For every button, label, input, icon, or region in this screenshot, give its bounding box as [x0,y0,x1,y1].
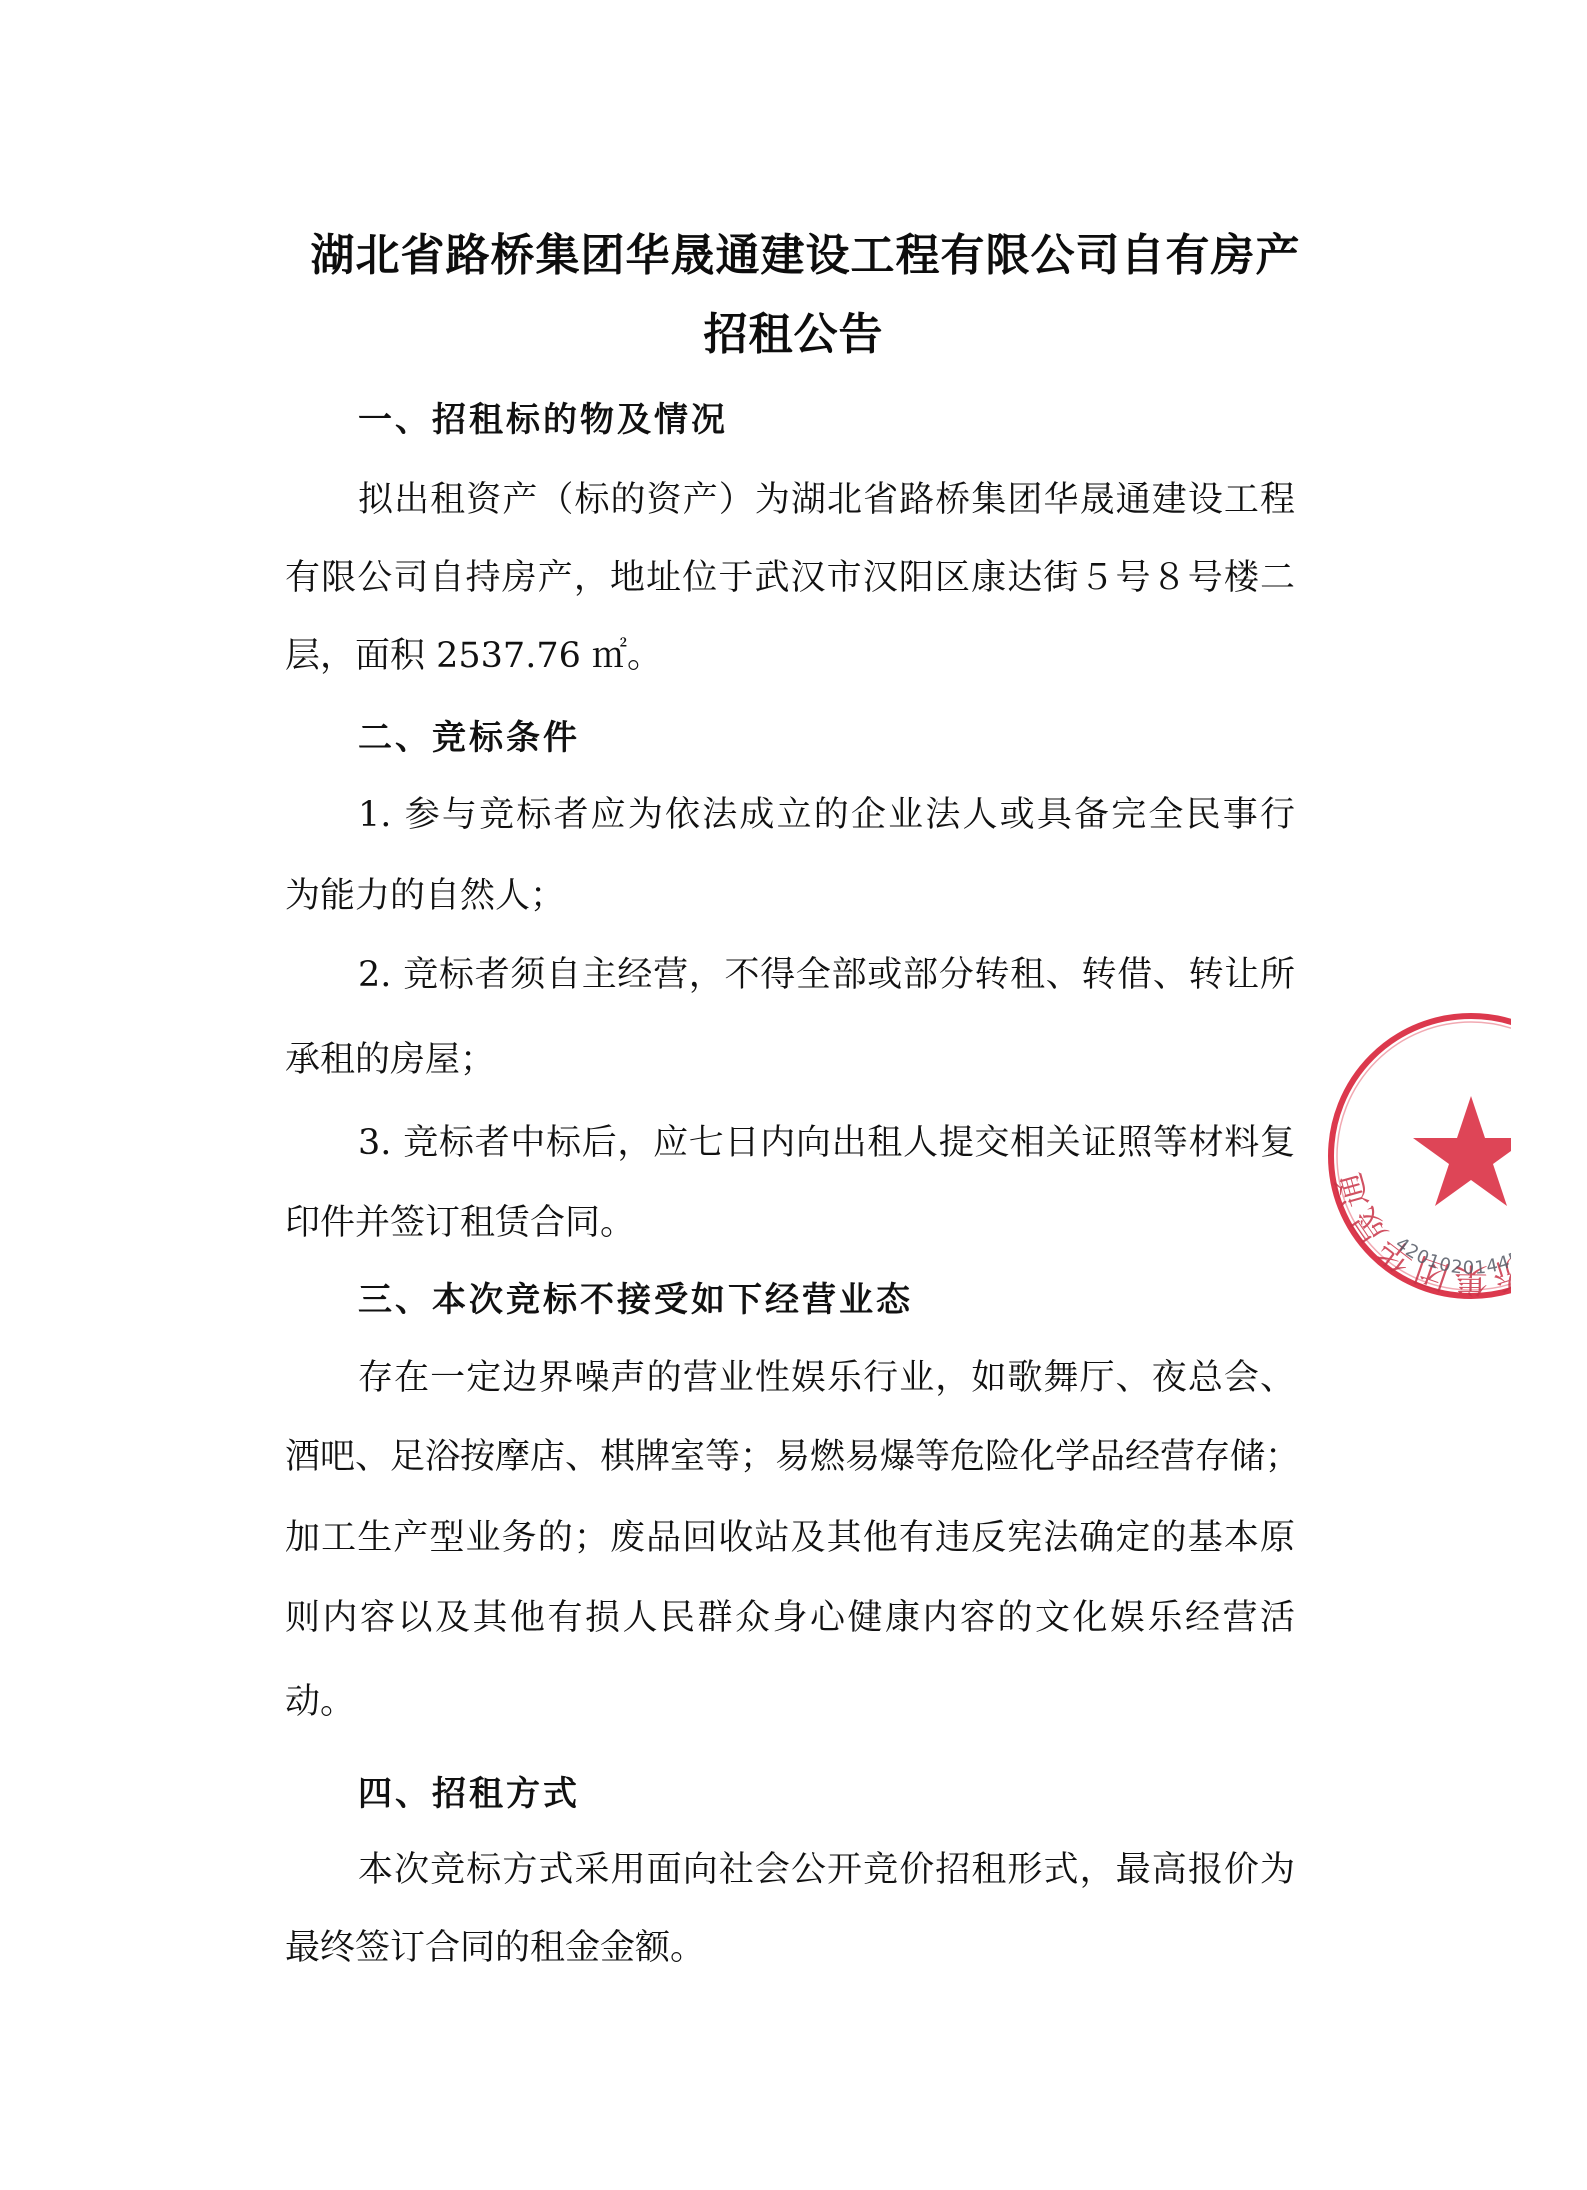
document-subtitle: 招租公告 [0,305,1587,365]
paragraph-line: 则内容以及其他有损人民群众身心健康内容的文化娱乐经营活 [285,1588,1295,1648]
paragraph-line: 3. 竞标者中标后，应七日内向出租人提交相关证照等材料复 [358,1113,1295,1173]
section-heading-2: 二、竞标条件 [358,708,1295,768]
paragraph-line: 本次竞标方式采用面向社会公开竞价招租形式，最高报价为 [358,1840,1295,1900]
document-page: 湖北省路桥集团华晟通建设工程有限公司自有房产 招租公告 一、招租标的物及情况 拟… [0,0,1587,2190]
svg-text:42010201445: 42010201445 [1391,1233,1511,1278]
paragraph-line: 最终签订合同的租金金额。 [285,1918,1295,1978]
section-heading-1: 一、招租标的物及情况 [358,390,1295,450]
paragraph-line: 加工生产型业务的；废品回收站及其他有违反宪法确定的基本原 [285,1508,1295,1568]
document-title: 湖北省路桥集团华晟通建设工程有限公司自有房产 [12,226,1587,286]
star-icon [1413,1096,1511,1206]
paragraph-line: 为能力的自然人； [285,866,1295,926]
paragraph-line: 存在一定边界噪声的营业性娱乐行业，如歌舞厅、夜总会、 [358,1348,1295,1408]
paragraph-line: 有限公司自持房产，地址位于武汉市汉阳区康达街５号８号楼二 [285,548,1295,608]
seal-stamp-icon: 湖北省路桥集团华晟通建设工程有限公司 42010201445 [1325,1010,1511,1302]
paragraph-line: 1. 参与竞标者应为依法成立的企业法人或具备完全民事行 [358,785,1295,845]
paragraph-line: 印件并签订租赁合同。 [285,1193,1295,1253]
paragraph-line: 酒吧、足浴按摩店、棋牌室等；易燃易爆等危险化学品经营存储； [285,1427,1295,1487]
paragraph-line: 层，面积 2537.76 ㎡。 [285,626,1295,686]
section-heading-4: 四、招租方式 [358,1764,1295,1824]
paragraph-line: 动。 [285,1672,1295,1732]
section-heading-3: 三、本次竞标不接受如下经营业态 [358,1270,1295,1330]
paragraph-line: 拟出租资产（标的资产）为湖北省路桥集团华晟通建设工程 [358,470,1295,530]
paragraph-line: 承租的房屋； [285,1030,1295,1090]
company-seal: 湖北省路桥集团华晟通建设工程有限公司 42010201445 [1300,990,1511,1330]
paragraph-line: 2. 竞标者须自主经营，不得全部或部分转租、转借、转让所 [358,945,1295,1005]
